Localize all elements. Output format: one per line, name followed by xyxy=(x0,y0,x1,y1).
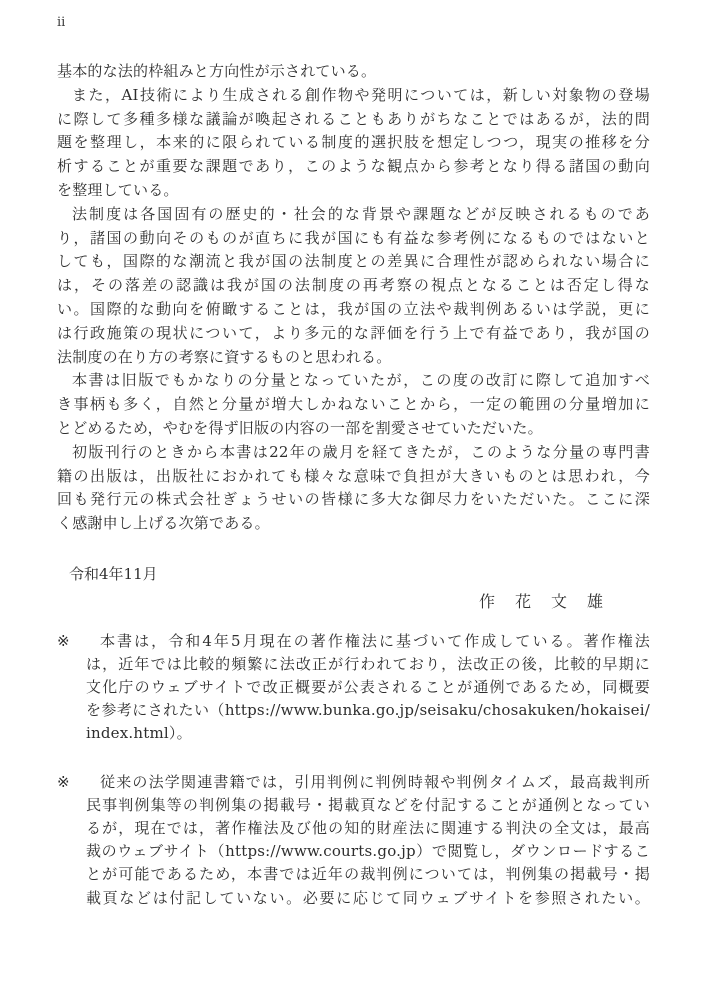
note-text-line: 本書は，令和4年5月現在の著作権法に基づいて作成している。著作権法 xyxy=(86,630,650,653)
paragraph: 法制度は各国固有の歴史的・社会的な背景や課題などが反映されるものであ り，諸国の… xyxy=(57,203,650,370)
paragraph: 初版刊行のときから本書は22年の歳月を経てきたが，このような分量の専門書 籍の出… xyxy=(57,441,650,536)
book-page: ii 基本的な法的枠組みと方向性が示されている。 また，AI技術により生成される… xyxy=(0,0,705,1000)
note-marker: ※ xyxy=(57,630,70,653)
note-text: 本書は，令和4年5月現在の著作権法に基づいて作成している。著作権法 は，近年では… xyxy=(86,630,650,746)
author-name: 作 花 文 雄 xyxy=(479,592,605,611)
note-text: 従来の法学関連書籍では，引用判例に判例時報や判例タイムズ，最高裁判所 民事判例集… xyxy=(86,771,650,910)
body-text-line: 析することが重要な課題であり，このような観点から参考となり得る諸国の動向 xyxy=(57,155,650,179)
body-text-line: 回も発行元の株式会社ぎょうせいの皆様に多大な御尽力をいただいた。ここに深 xyxy=(57,488,650,512)
note-text-line: 従来の法学関連書籍では，引用判例に判例時報や判例タイムズ，最高裁判所 xyxy=(86,771,650,794)
note-block: ※ 本書は，令和4年5月現在の著作権法に基づいて作成している。著作権法 は，近年… xyxy=(57,630,650,746)
note-text-line: を参考にされたい（https://www.bunka.go.jp/seisaku… xyxy=(86,699,650,722)
paragraph: 本書は旧版でもかなりの分量となっていたが，この度の改訂に際して追加すべ き事柄も… xyxy=(57,369,650,440)
note-text-line: は，近年では比較的頻繁に法改正が行われており，法改正の後，比較的早期に xyxy=(86,653,650,676)
body-text-line: 法制度の在り方の考察に資するものと思われる。 xyxy=(57,346,650,370)
body-text-line: 本書は旧版でもかなりの分量となっていたが，この度の改訂に際して追加すべ xyxy=(57,369,650,393)
body-text-line: また，AI技術により生成される創作物や発明については，新しい対象物の登場 xyxy=(57,84,650,108)
note-text-line: 文化庁のウェブサイトで改正概要が公表されることが通例であるため，同概要 xyxy=(86,676,650,699)
note-text-line: index.html）。 xyxy=(86,722,650,745)
note-text-line: るが，現在では，著作権法及び他の知的財産法に関連する判決の全文は，最高 xyxy=(86,817,650,840)
body-text-line: 籍の出版は，出版社におかれても様々な意味で負担が大きいものとは思われ，今 xyxy=(57,465,650,489)
note-block: ※ 従来の法学関連書籍では，引用判例に判例時報や判例タイムズ，最高裁判所 民事判… xyxy=(57,771,650,910)
body-text-line: とどめるため，やむを得ず旧版の内容の一部を割愛させていただいた。 xyxy=(57,417,650,441)
body-text-line: り，諸国の動向そのものが直ちに我が国にも有益な参考例になるものではないと xyxy=(57,227,650,251)
note-marker: ※ xyxy=(57,771,70,794)
body-text-line: く感謝申し上げる次第である。 xyxy=(57,512,650,536)
note-text-line: とが可能であるため，本書では近年の裁判例については，判例集の掲載号・掲 xyxy=(86,863,650,886)
note-text-line: 載頁などは付記していない。必要に応じて同ウェブサイトを参照されたい。 xyxy=(86,887,650,910)
preface-body: 基本的な法的枠組みと方向性が示されている。 また，AI技術により生成される創作物… xyxy=(57,60,650,536)
body-text-line: い。国際的な動向を俯瞰することは，我が国の立法や裁判例あるいは学説，更に xyxy=(57,298,650,322)
paragraph: 基本的な法的枠組みと方向性が示されている。 xyxy=(57,60,650,84)
body-text-line: を整理している。 xyxy=(57,179,650,203)
paragraph: また，AI技術により生成される創作物や発明については，新しい対象物の登場 に際し… xyxy=(57,84,650,203)
author-name-line: 作 花 文 雄 xyxy=(57,590,650,614)
body-text-line: 基本的な法的枠組みと方向性が示されている。 xyxy=(57,60,650,84)
body-text-line: き事柄も多く，自然と分量が増大しかねないことから，一定の範囲の分量増加に xyxy=(57,393,650,417)
body-text-line: しても，国際的な潮流と我が国の法制度との差異に合理性が認められない場合に xyxy=(57,250,650,274)
body-text-line: は行政施策の現状について，より多元的な評価を行う上で有益であり，我が国の xyxy=(57,322,650,346)
body-text-line: は，その落差の認識は我が国の法制度の再考察の視点となることは否定し得な xyxy=(57,274,650,298)
body-text-line: 初版刊行のときから本書は22年の歳月を経てきたが，このような分量の専門書 xyxy=(57,441,650,465)
note-text-line: 裁のウェブサイト（https://www.courts.go.jp）で閲覧し，ダ… xyxy=(86,840,650,863)
page-number: ii xyxy=(57,14,650,32)
body-text-line: に際して多種多様な議論が喚起されることもありがちなことではあるが，法的問 xyxy=(57,108,650,132)
body-text-line: 題を整理し，本来的に限られている制度的選択肢を想定しつつ，現実の推移を分 xyxy=(57,131,650,155)
note-text-line: 民事判例集等の判例集の掲載号・掲載頁などを付記することが通例となってい xyxy=(86,794,650,817)
date-line: 令和4年11月 xyxy=(57,563,650,587)
body-text-line: 法制度は各国固有の歴史的・社会的な背景や課題などが反映されるものであ xyxy=(57,203,650,227)
